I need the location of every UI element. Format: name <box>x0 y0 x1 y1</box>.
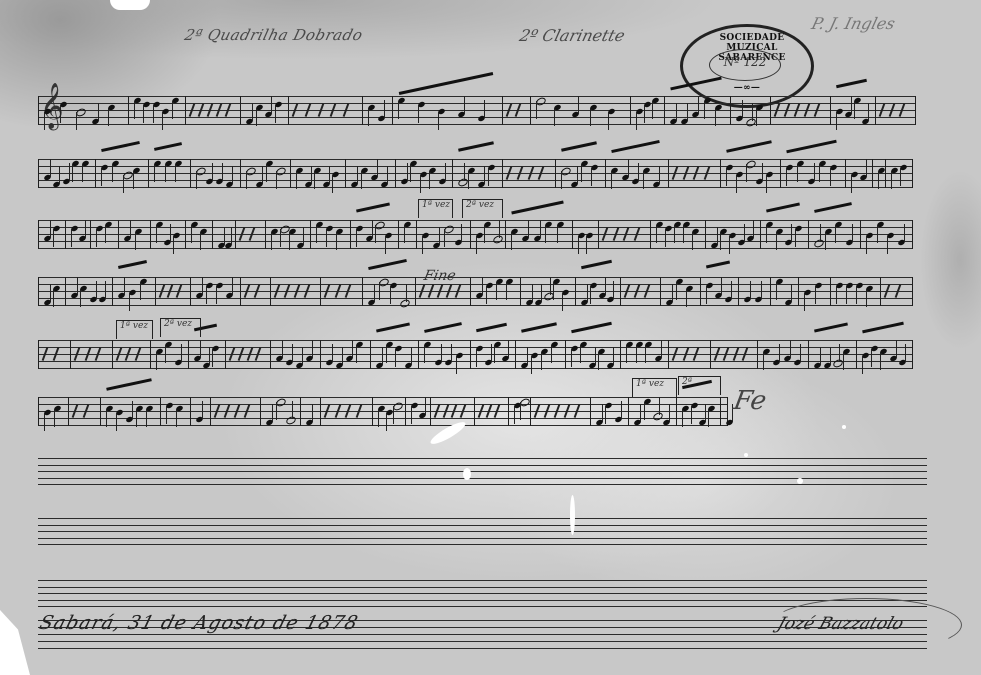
staff-2 <box>38 159 912 188</box>
note-stem <box>352 340 353 358</box>
barline <box>700 277 701 306</box>
note-stem <box>461 224 462 242</box>
barline <box>668 159 669 188</box>
note-stem <box>484 100 485 118</box>
note-stem <box>488 168 489 186</box>
note-stem <box>717 227 718 245</box>
paper-tear <box>570 495 575 535</box>
note-stem <box>795 229 796 247</box>
note-head <box>492 234 504 245</box>
note-stem <box>332 175 333 193</box>
note-stem <box>143 105 144 123</box>
note-stem <box>756 108 757 126</box>
note-stem <box>636 112 637 130</box>
note-stem <box>839 344 840 362</box>
staff-line <box>38 465 927 466</box>
barline <box>418 340 419 369</box>
barline <box>710 340 711 369</box>
note-stem <box>256 108 257 126</box>
barline <box>808 340 809 369</box>
barline <box>398 220 399 249</box>
barline <box>190 397 191 426</box>
note-stem <box>266 164 267 182</box>
note-stem <box>445 163 446 181</box>
note-stem <box>451 344 452 362</box>
note-stem <box>246 171 247 189</box>
note-stem <box>206 286 207 304</box>
end-flourish-marking: Fe <box>731 386 768 416</box>
note-stem <box>292 401 293 419</box>
barline <box>225 340 226 369</box>
paper-tear-top <box>110 0 150 10</box>
staff-line <box>38 248 912 249</box>
note-stem <box>851 96 852 114</box>
barline <box>912 159 913 188</box>
staff-line <box>38 284 912 285</box>
barline <box>515 340 516 369</box>
barline <box>38 277 39 306</box>
note-stem <box>665 229 666 247</box>
note-stem <box>786 168 787 186</box>
place-date-inscription: Sabará, 31 de Agosto de 1878 <box>37 612 361 634</box>
staff-line <box>38 411 727 412</box>
note-stem <box>476 349 477 367</box>
note-stem <box>130 220 131 238</box>
note-stem <box>763 352 764 370</box>
note-stem <box>312 340 313 358</box>
barline <box>808 220 809 249</box>
note-stem <box>356 345 357 363</box>
barline <box>630 96 631 125</box>
note-beam <box>561 141 597 151</box>
barline <box>370 340 371 369</box>
barline <box>720 397 721 426</box>
note-stem <box>595 347 596 365</box>
note-stem <box>590 108 591 126</box>
note-stem <box>106 409 107 427</box>
barline <box>150 220 151 249</box>
note-stem <box>746 164 747 182</box>
note-stem <box>835 225 836 243</box>
note-stem <box>289 232 290 250</box>
note-stem <box>761 281 762 299</box>
barline <box>392 96 393 125</box>
note-stem <box>797 164 798 182</box>
note-stem <box>296 171 297 189</box>
note-stem <box>191 225 192 243</box>
barline <box>620 277 621 306</box>
note-stem <box>216 286 217 304</box>
note-stem <box>557 225 558 243</box>
note-stem <box>541 352 542 370</box>
note-stem <box>54 409 55 427</box>
note-stem <box>580 345 581 363</box>
staff-3 <box>38 220 912 249</box>
note-stem <box>222 163 223 181</box>
note-stem <box>275 105 276 123</box>
piece-title: 2ª Quadrilha Dobrado <box>183 26 365 44</box>
note-stem <box>644 105 645 123</box>
staff-line <box>38 397 727 398</box>
staff-line <box>38 103 915 104</box>
note-stem <box>691 406 692 424</box>
barline <box>210 397 211 426</box>
note-stem <box>621 401 622 419</box>
note-stem <box>108 108 109 126</box>
note-stem <box>720 232 721 250</box>
barline <box>474 397 475 426</box>
note-stem <box>791 224 792 242</box>
note-stem <box>379 282 380 300</box>
staff-line <box>38 580 927 581</box>
stamp-ornament: —∞— <box>697 83 797 93</box>
paper-spot <box>797 478 803 484</box>
note-stem <box>682 409 683 427</box>
note-stem <box>404 225 405 243</box>
note-stem <box>686 289 687 307</box>
volta-label: 2ª vez <box>466 200 494 210</box>
note-stem <box>311 166 312 184</box>
note-stem <box>499 220 500 238</box>
barline <box>875 96 876 125</box>
note-stem <box>554 108 555 126</box>
barline <box>288 96 289 125</box>
note-stem <box>704 101 705 119</box>
note-beam <box>476 323 507 332</box>
volta-bracket-2: 2ª vez <box>462 199 503 218</box>
note-beam <box>836 79 867 88</box>
barline <box>185 220 186 249</box>
note-stem <box>494 345 495 363</box>
staff-line <box>38 484 927 485</box>
staff-line <box>38 458 927 459</box>
paper-tear-corner <box>0 610 30 675</box>
note-stem <box>674 225 675 243</box>
note-stem <box>224 227 225 245</box>
note-stem <box>562 293 563 311</box>
staff-line <box>38 471 927 472</box>
barline <box>508 397 509 426</box>
note-stem <box>316 225 317 243</box>
note-stem <box>598 352 599 370</box>
barline <box>95 159 96 188</box>
note-head <box>652 411 664 422</box>
barline <box>452 159 453 188</box>
note-beam <box>101 141 140 152</box>
note-stem <box>231 227 232 245</box>
note-stem <box>779 344 780 362</box>
note-stem <box>636 345 637 363</box>
note-stem <box>196 171 197 189</box>
note-stem <box>491 344 492 362</box>
barline <box>90 220 91 249</box>
note-stem <box>85 220 86 238</box>
barline <box>405 397 406 426</box>
note-stem <box>232 277 233 295</box>
note-stem <box>496 282 497 300</box>
note-stem <box>830 168 831 186</box>
note-stem <box>814 163 815 181</box>
staff-line <box>38 117 915 118</box>
note-stem <box>820 224 821 242</box>
staff-4 <box>38 277 912 306</box>
barline <box>830 96 831 125</box>
volta-bracket-1: 1ª vez <box>418 199 453 218</box>
note-beam <box>118 260 147 269</box>
note-stem <box>887 236 888 254</box>
note-stem <box>511 232 512 250</box>
note-stem <box>508 340 509 358</box>
note-stem <box>613 281 614 299</box>
note-stem <box>661 340 662 358</box>
note-stem <box>96 229 97 247</box>
note-stem <box>170 224 171 242</box>
note-stem <box>166 406 167 424</box>
note-stem <box>742 100 743 118</box>
barline <box>160 397 161 426</box>
barline <box>128 96 129 125</box>
note-stem <box>676 103 677 121</box>
barline <box>310 220 311 249</box>
copyist-initials: P. J. Ingles <box>810 14 897 33</box>
barline <box>100 397 101 426</box>
note-stem <box>44 112 45 130</box>
barline <box>320 397 321 426</box>
note-stem <box>133 171 134 189</box>
note-stem <box>729 236 730 254</box>
note-beam <box>814 322 848 332</box>
note-stem <box>721 277 722 295</box>
note-stem <box>356 229 357 247</box>
volta-label: 2ª vez <box>164 319 192 329</box>
staff-1 <box>38 96 915 125</box>
barline <box>520 277 521 306</box>
barline <box>148 159 149 188</box>
note-stem <box>891 171 892 189</box>
note-beam <box>706 261 730 269</box>
note-beam <box>368 259 407 270</box>
note-stem <box>856 286 857 304</box>
barline <box>912 277 913 306</box>
note-stem <box>587 284 588 302</box>
note-stem <box>165 345 166 363</box>
note-beam <box>511 201 563 215</box>
barline <box>38 340 39 369</box>
note-stem <box>232 166 233 184</box>
note-stem <box>136 409 137 427</box>
note-stem <box>464 163 465 181</box>
note-stem <box>441 344 442 362</box>
note-stem <box>672 284 673 302</box>
note-stem <box>105 281 106 299</box>
note-stem <box>484 166 485 184</box>
note-stem <box>830 347 831 365</box>
note-stem <box>384 100 385 118</box>
barline <box>885 159 886 188</box>
note-stem <box>541 284 542 302</box>
staff-line <box>38 600 927 601</box>
note-stem <box>129 293 130 311</box>
note-stem <box>866 289 867 307</box>
note-stem <box>551 345 552 363</box>
paper-spot <box>744 453 748 457</box>
note-stem <box>815 286 816 304</box>
barline <box>502 159 503 188</box>
signature: Jozé Bazzatolo <box>775 614 906 634</box>
note-stem <box>172 101 173 119</box>
note-stem <box>162 112 163 130</box>
barline <box>150 340 151 369</box>
note-stem <box>528 220 529 238</box>
barline <box>770 277 771 306</box>
note-stem <box>154 164 155 182</box>
note-stem <box>357 166 358 184</box>
note-stem <box>766 175 767 193</box>
note-stem <box>411 347 412 365</box>
barline <box>565 340 566 369</box>
note-stem <box>553 282 554 300</box>
note-stem <box>53 229 54 247</box>
note-stem <box>708 409 709 427</box>
barline <box>70 340 71 369</box>
barline <box>430 397 431 426</box>
note-stem <box>140 282 141 300</box>
barline <box>185 96 186 125</box>
note-stem <box>314 171 315 189</box>
note-stem <box>659 166 660 184</box>
note-stem <box>280 229 281 247</box>
note-head <box>399 298 411 309</box>
note-stem <box>420 175 421 193</box>
volta-bracket-2: 2ª vez <box>160 318 201 337</box>
note-stem <box>744 224 745 242</box>
barline <box>38 220 39 249</box>
note-beam <box>458 141 494 151</box>
note-stem <box>456 356 457 374</box>
note-beam <box>376 322 410 332</box>
note-stem <box>900 168 901 186</box>
note-stem <box>444 229 445 247</box>
note-stem <box>762 163 763 181</box>
note-beam <box>399 72 494 95</box>
note-stem <box>272 404 273 422</box>
note-stem <box>386 413 387 431</box>
note-stem <box>276 402 277 420</box>
note-stem <box>112 164 113 182</box>
volta-bracket-1: 1ª vez <box>116 320 153 339</box>
barline <box>470 340 471 369</box>
barline <box>65 277 66 306</box>
staff-line <box>38 361 912 362</box>
note-stem <box>878 171 879 189</box>
note-stem <box>581 164 582 182</box>
note-stem <box>60 105 61 123</box>
staff-line <box>38 110 915 111</box>
barline <box>555 159 556 188</box>
note-head <box>813 238 825 249</box>
note-stem <box>361 171 362 189</box>
note-stem <box>800 344 801 362</box>
note-beam <box>356 202 390 212</box>
staff-line <box>38 298 912 299</box>
note-stem <box>590 286 591 304</box>
note-stem <box>50 284 51 302</box>
barline <box>912 220 913 249</box>
note-stem <box>80 289 81 307</box>
note-beam <box>571 322 612 333</box>
barline <box>620 340 621 369</box>
barline <box>872 159 873 188</box>
staff-line <box>38 544 927 545</box>
barline <box>300 397 301 426</box>
barline <box>798 277 799 306</box>
barline <box>502 96 503 125</box>
note-stem <box>854 101 855 119</box>
barline <box>38 397 39 426</box>
barline <box>676 397 677 426</box>
note-stem <box>44 413 45 431</box>
note-stem <box>165 164 166 182</box>
barline <box>155 277 156 306</box>
note-stem <box>506 282 507 300</box>
barline <box>470 277 471 306</box>
barline <box>757 340 758 369</box>
note-stem <box>464 96 465 114</box>
note-stem <box>750 281 751 299</box>
note-stem <box>124 277 125 295</box>
note-stem <box>411 406 412 424</box>
staff-line <box>38 478 927 479</box>
volta-bracket-2: 2ª <box>678 376 721 395</box>
note-stem <box>422 236 423 254</box>
note-stem <box>698 96 699 114</box>
note-stem <box>532 284 533 302</box>
note-stem <box>669 404 670 422</box>
note-beam <box>424 322 462 333</box>
note-stem <box>468 171 469 189</box>
barline <box>530 96 531 125</box>
barline <box>190 159 191 188</box>
staff-7 <box>38 458 927 485</box>
note-stem <box>378 409 379 427</box>
note-stem <box>329 166 330 184</box>
note-stem <box>605 406 606 424</box>
note-stem <box>531 356 532 374</box>
barline <box>240 159 241 188</box>
barline <box>240 277 241 306</box>
staff-line <box>38 418 727 419</box>
note-stem <box>880 352 881 370</box>
note-stem <box>776 232 777 250</box>
note-stem <box>382 347 383 365</box>
note-stem <box>586 236 587 254</box>
barline <box>605 159 606 188</box>
manuscript-sheet: 2ª Quadrilha Dobrado 2º Clarinette P. J.… <box>0 0 981 675</box>
note-stem <box>173 236 174 254</box>
note-stem <box>312 404 313 422</box>
staff-line <box>38 368 912 369</box>
barline <box>290 159 291 188</box>
barline <box>372 397 373 426</box>
note-stem <box>105 225 106 243</box>
note-stem <box>262 166 263 184</box>
staff-line <box>38 525 927 526</box>
note-stem <box>53 289 54 307</box>
barline <box>212 220 213 249</box>
note-stem <box>825 232 826 250</box>
barline <box>915 96 916 125</box>
barline <box>362 277 363 306</box>
